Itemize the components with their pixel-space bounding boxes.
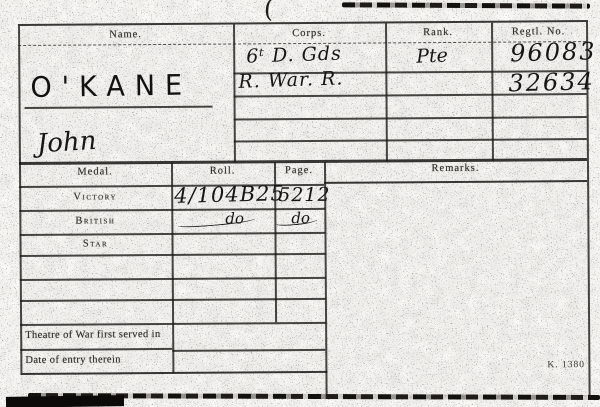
- rank-handwritten: Pte: [416, 44, 449, 67]
- surname-handwritten: O'KANE: [30, 69, 192, 104]
- page-value-handwritten: 5212: [278, 184, 331, 206]
- name-column-header: Name.: [18, 28, 233, 41]
- medal-row-british: British: [19, 215, 171, 227]
- remarks-header-underline: [324, 180, 587, 184]
- form-number: K. 1380: [547, 360, 585, 370]
- medal-row-victory: Victory: [19, 191, 171, 203]
- theatre-of-war-label: Theatre of War first served in: [25, 329, 161, 341]
- theatre-value-underline: [172, 349, 325, 352]
- bottom-scan-blob: [6, 395, 124, 407]
- regtl-number-1-handwritten: 96083: [510, 37, 597, 67]
- theatre-label-underline: [20, 348, 172, 351]
- medal-column-header: Medal.: [19, 166, 171, 178]
- corps-entry-2-handwritten: R. War. R.: [238, 67, 344, 92]
- row-line: [234, 116, 587, 120]
- stray-pen-mark: (: [263, 0, 275, 23]
- page-column-header: Page.: [274, 165, 324, 176]
- corps-entry-1-handwritten: 6ᵗ D. Gds: [246, 42, 342, 67]
- regtl-number-2-handwritten: 32634: [508, 67, 595, 97]
- rank-column-header: Rank.: [385, 27, 491, 39]
- forename-handwritten: John: [36, 126, 97, 159]
- roll-value-handwritten: 4/104B25: [174, 181, 285, 208]
- remarks-column-header: Remarks.: [324, 162, 587, 175]
- surname-underline: [25, 106, 213, 109]
- medal-row-star: Star: [20, 238, 172, 250]
- corps-column-header: Corps.: [233, 27, 385, 39]
- date-of-entry-label: Date of entry therein: [25, 354, 121, 366]
- record-card: Name. Corps. Rank. Regtl. No. O'KANE Joh…: [18, 20, 591, 400]
- medal-header-underline: [19, 185, 171, 188]
- row-line: [234, 138, 587, 142]
- card-bottom-line: [20, 371, 327, 375]
- medal-index-card-scan: ( Name. Corps. Rank. Regtl. No. O'KANE J…: [0, 0, 600, 407]
- roll-column-header: Roll.: [171, 165, 274, 177]
- regtl-no-column-header: Regtl. No.: [491, 26, 586, 38]
- top-edge-smudge: [342, 2, 590, 8]
